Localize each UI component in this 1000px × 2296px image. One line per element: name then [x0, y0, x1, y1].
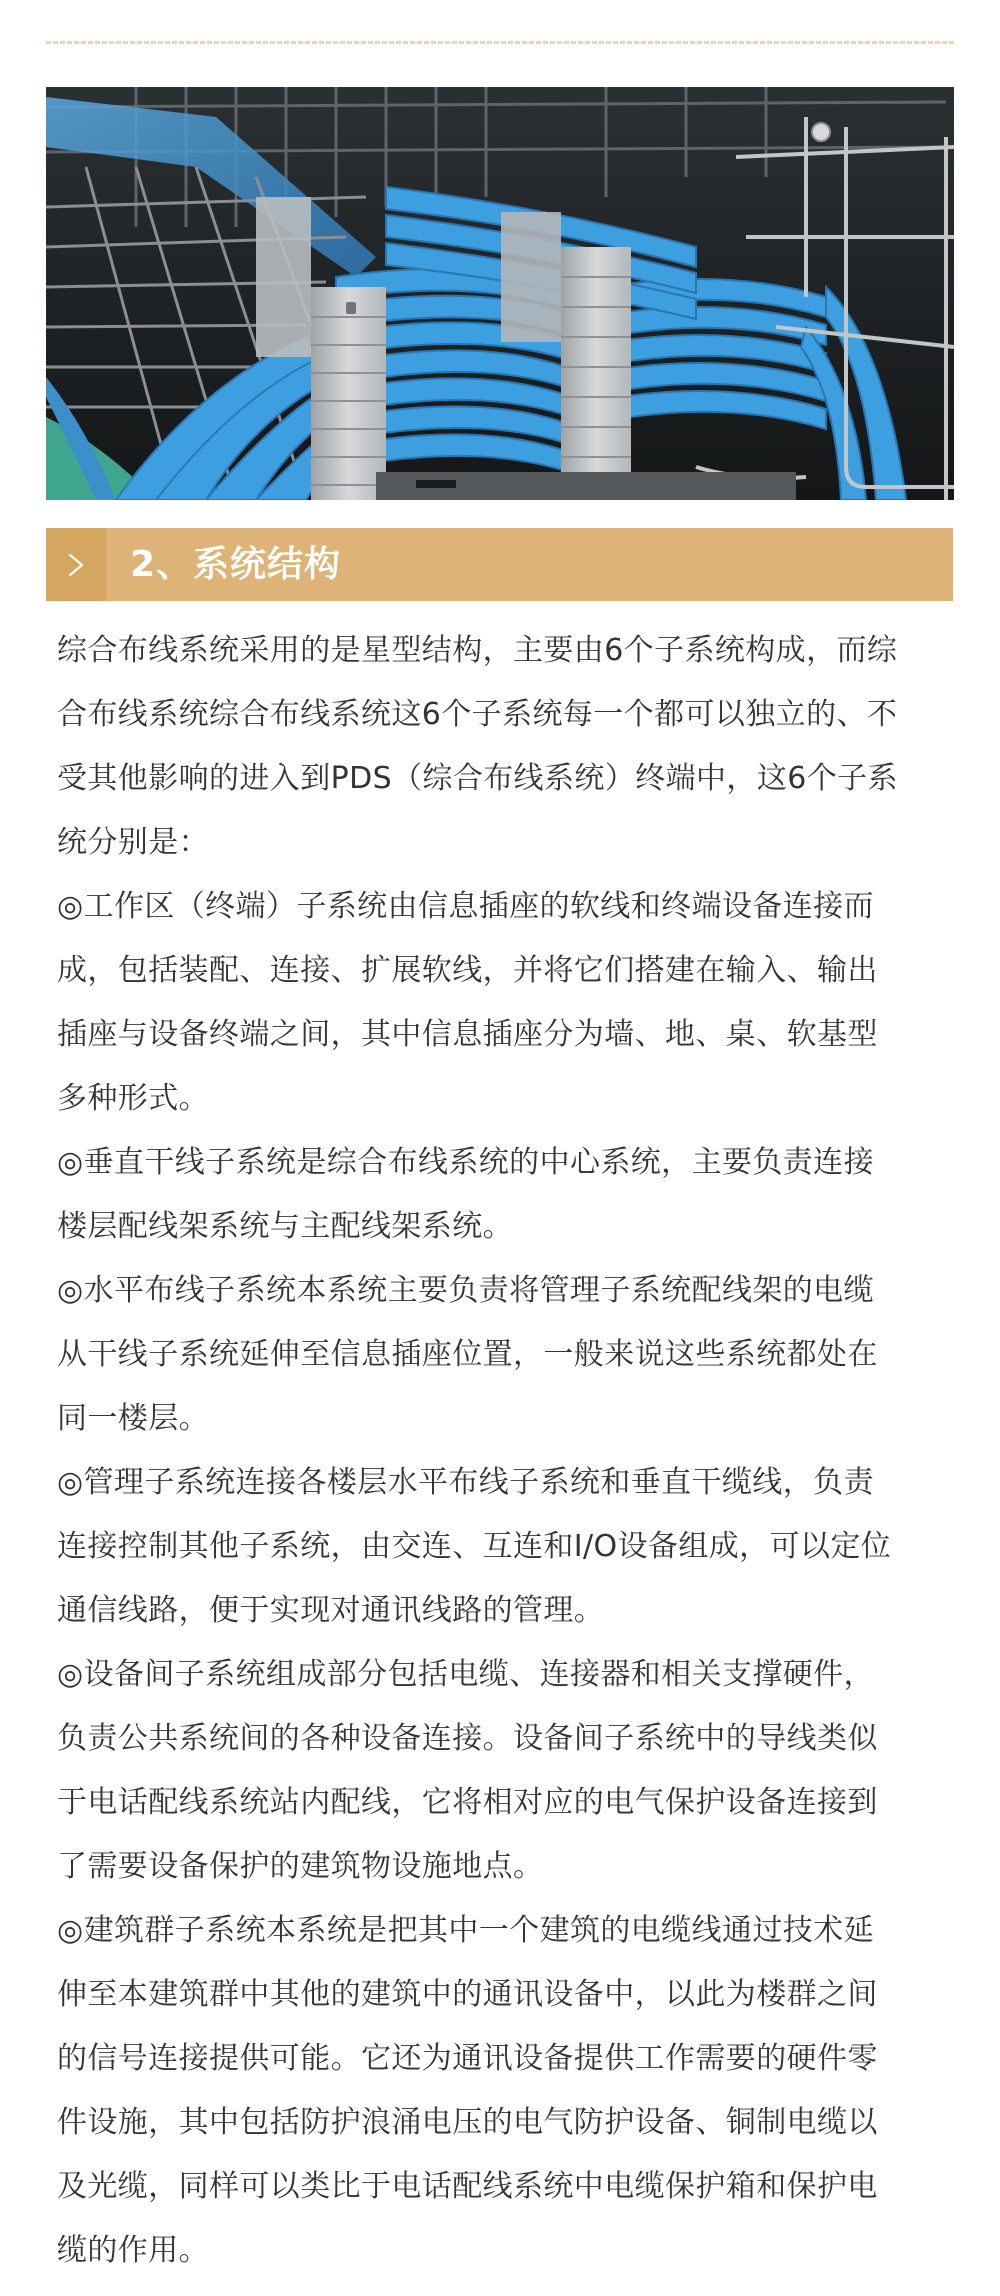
text-line: 楼层配线架系统与主配线架系统。	[57, 1195, 947, 1259]
section-heading: 2、系统结构	[46, 528, 953, 601]
text-line: 合布线系统综合布线系统这6个子系统每一个都可以独立的、不	[57, 683, 947, 747]
text-line: 件设施，其中包括防护浪涌电压的电气防护设备、铜制电缆以	[57, 2091, 947, 2155]
text-line: ◎管理子系统连接各楼层水平布线子系统和垂直干缆线，负责	[57, 1451, 947, 1515]
text-line: 从干线子系统延伸至信息插座位置，一般来说这些系统都处在	[57, 1323, 947, 1387]
text-line: 成，包括装配、连接、扩展软线，并将它们搭建在输入、输出	[57, 939, 947, 1003]
dotted-divider	[46, 41, 954, 44]
text-line: 插座与设备终端之间，其中信息插座分为墙、地、桌、软基型	[57, 1003, 947, 1067]
text-line: 综合布线系统采用的是星型结构，主要由6个子系统构成，而综	[57, 619, 947, 683]
text-line: 通信线路，便于实现对通讯线路的管理。	[57, 1579, 947, 1643]
text-line: ◎建筑群子系统本系统是把其中一个建筑的电缆线通过技术延	[57, 1899, 947, 1963]
text-line: 于电话配线系统站内配线，它将相对应的电气保护设备连接到	[57, 1771, 947, 1835]
paragraph-horizontal-cabling: ◎水平布线子系统本系统主要负责将管理子系统配线架的电缆 从干线子系统延伸至信息插…	[57, 1259, 947, 1451]
text-line: 伸至本建筑群中其他的建筑中的通讯设备中，以此为楼群之间	[57, 1963, 947, 2027]
text-line: ◎工作区（终端）子系统由信息插座的软线和终端设备连接而	[57, 875, 947, 939]
chevron-right-icon	[67, 552, 85, 578]
paragraph-intro: 综合布线系统采用的是星型结构，主要由6个子系统构成，而综 合布线系统综合布线系统…	[57, 619, 947, 875]
paragraph-vertical-backbone: ◎垂直干线子系统是综合布线系统的中心系统，主要负责连接 楼层配线架系统与主配线架…	[57, 1131, 947, 1259]
article-body: 综合布线系统采用的是星型结构，主要由6个子系统构成，而综 合布线系统综合布线系统…	[57, 619, 947, 2283]
photo-illustration	[46, 87, 954, 500]
text-line: 受其他影响的进入到PDS（综合布线系统）终端中，这6个子系	[57, 747, 947, 811]
text-line: 了需要设备保护的建筑物设施地点。	[57, 1835, 947, 1899]
text-line: ◎水平布线子系统本系统主要负责将管理子系统配线架的电缆	[57, 1259, 947, 1323]
cable-tray-photo	[46, 87, 954, 500]
text-line: ◎设备间子系统组成部分包括电缆、连接器和相关支撑硬件，	[57, 1643, 947, 1707]
text-line: 多种形式。	[57, 1067, 947, 1131]
paragraph-administration: ◎管理子系统连接各楼层水平布线子系统和垂直干缆线，负责 连接控制其他子系统，由交…	[57, 1451, 947, 1643]
paragraph-work-area: ◎工作区（终端）子系统由信息插座的软线和终端设备连接而 成，包括装配、连接、扩展…	[57, 875, 947, 1131]
text-line: 同一楼层。	[57, 1387, 947, 1451]
text-line: 统分别是：	[57, 811, 947, 875]
section-title: 2、系统结构	[130, 528, 341, 601]
paragraph-equipment-room: ◎设备间子系统组成部分包括电缆、连接器和相关支撑硬件， 负责公共系统间的各种设备…	[57, 1643, 947, 1899]
text-line: 的信号连接提供可能。它还为通讯设备提供工作需要的硬件零	[57, 2027, 947, 2091]
text-line: 负责公共系统间的各种设备连接。设备间子系统中的导线类似	[57, 1707, 947, 1771]
paragraph-campus: ◎建筑群子系统本系统是把其中一个建筑的电缆线通过技术延 伸至本建筑群中其他的建筑…	[57, 1899, 947, 2283]
text-line: ◎垂直干线子系统是综合布线系统的中心系统，主要负责连接	[57, 1131, 947, 1195]
heading-icon-box	[46, 528, 106, 601]
text-line: 连接控制其他子系统，由交连、互连和I/O设备组成，可以定位	[57, 1515, 947, 1579]
text-line: 及光缆，同样可以类比于电话配线系统中电缆保护箱和保护电	[57, 2155, 947, 2219]
text-line: 缆的作用。	[57, 2219, 947, 2283]
